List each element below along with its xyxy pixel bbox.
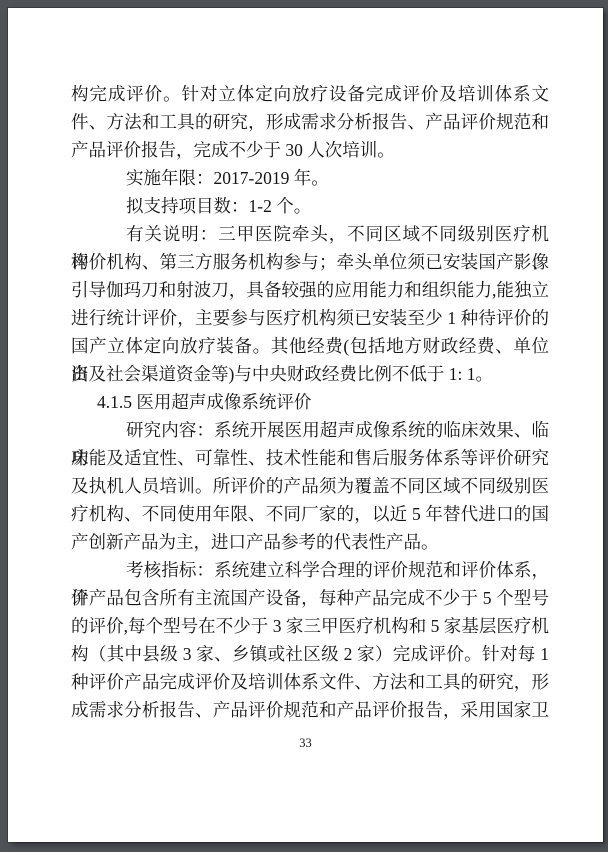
text-line-assessment-indicators: 考核指标：系统建立科学合理的评价规范和评价体系，评 — [71, 556, 549, 584]
text-line: 构完成评价。针对立体定向放疗设备完成评价及培训体系文 — [71, 80, 549, 108]
text-line: 种评价产品完成评价及培训体系文件、方法和工具的研究，形 — [71, 668, 549, 696]
text-line: 评价机构、第三方服务机构参与；牵头单位须已安装国产影像 — [71, 248, 549, 276]
text-line: 构（其中县级 3 家、乡镇或社区级 2 家）完成评价。针对每 1 — [71, 640, 549, 668]
text-line: 的评价,每个型号在不少于 3 家三甲医疗机构和 5 家基层医疗机 — [71, 612, 549, 640]
text-line: 国产立体定向放疗装备。其他经费(包括地方财政经费、单位出 — [71, 332, 549, 360]
text-line: 及执机人员培训。所评价的产品须为覆盖不同区域不同级别医 — [71, 472, 549, 500]
text-line: 产品评价报告，完成不少于 30 人次培训。 — [71, 136, 549, 164]
document-page: 构完成评价。针对立体定向放疗设备完成评价及培训体系文 件、方法和工具的研究，形成… — [8, 8, 603, 842]
text-line: 疗机构、不同使用年限、不同厂家的，以近 5 年替代进口的国 — [71, 500, 549, 528]
page-number: 33 — [8, 734, 603, 752]
pdf-viewer-background: 构完成评价。针对立体定向放疗设备完成评价及培训体系文 件、方法和工具的研究，形成… — [0, 0, 608, 852]
text-line: 有关说明：三甲医院牵头，不同区域不同级别医疗机构、 — [71, 220, 549, 248]
text-line-research-content: 研究内容：系统开展医用超声成像系统的临床效果、临床 — [71, 416, 549, 444]
text-line: 引导伽玛刀和射波刀，具备较强的应用能力和组织能力,能独立 — [71, 276, 549, 304]
text-line: 进行统计评价，主要参与医疗机构须已安装至少 1 种待评价的 — [71, 304, 549, 332]
text-line-project-count: 拟支持项目数：1-2 个。 — [71, 192, 549, 220]
section-heading-4-1-5: 4.1.5 医用超声成像系统评价 — [71, 388, 549, 416]
text-line-implementation-period: 实施年限：2017-2019 年。 — [71, 164, 549, 192]
text-line: 资及社会渠道资金等)与中央财政经费比例不低于 1: 1。 — [71, 360, 549, 388]
text-line: 价产品包含所有主流国产设备，每种产品完成不少于 5 个型号 — [71, 584, 549, 612]
body-text: 构完成评价。针对立体定向放疗设备完成评价及培训体系文 件、方法和工具的研究，形成… — [71, 80, 549, 724]
text-line: 产创新产品为主，进口产品参考的代表性产品。 — [71, 528, 549, 556]
text-line: 件、方法和工具的研究，形成需求分析报告、产品评价规范和 — [71, 108, 549, 136]
text-line: 功能及适宜性、可靠性、技术性能和售后服务体系等评价研究 — [71, 444, 549, 472]
text-line: 成需求分析报告、产品评价规范和产品评价报告，采用国家卫 — [71, 696, 549, 724]
